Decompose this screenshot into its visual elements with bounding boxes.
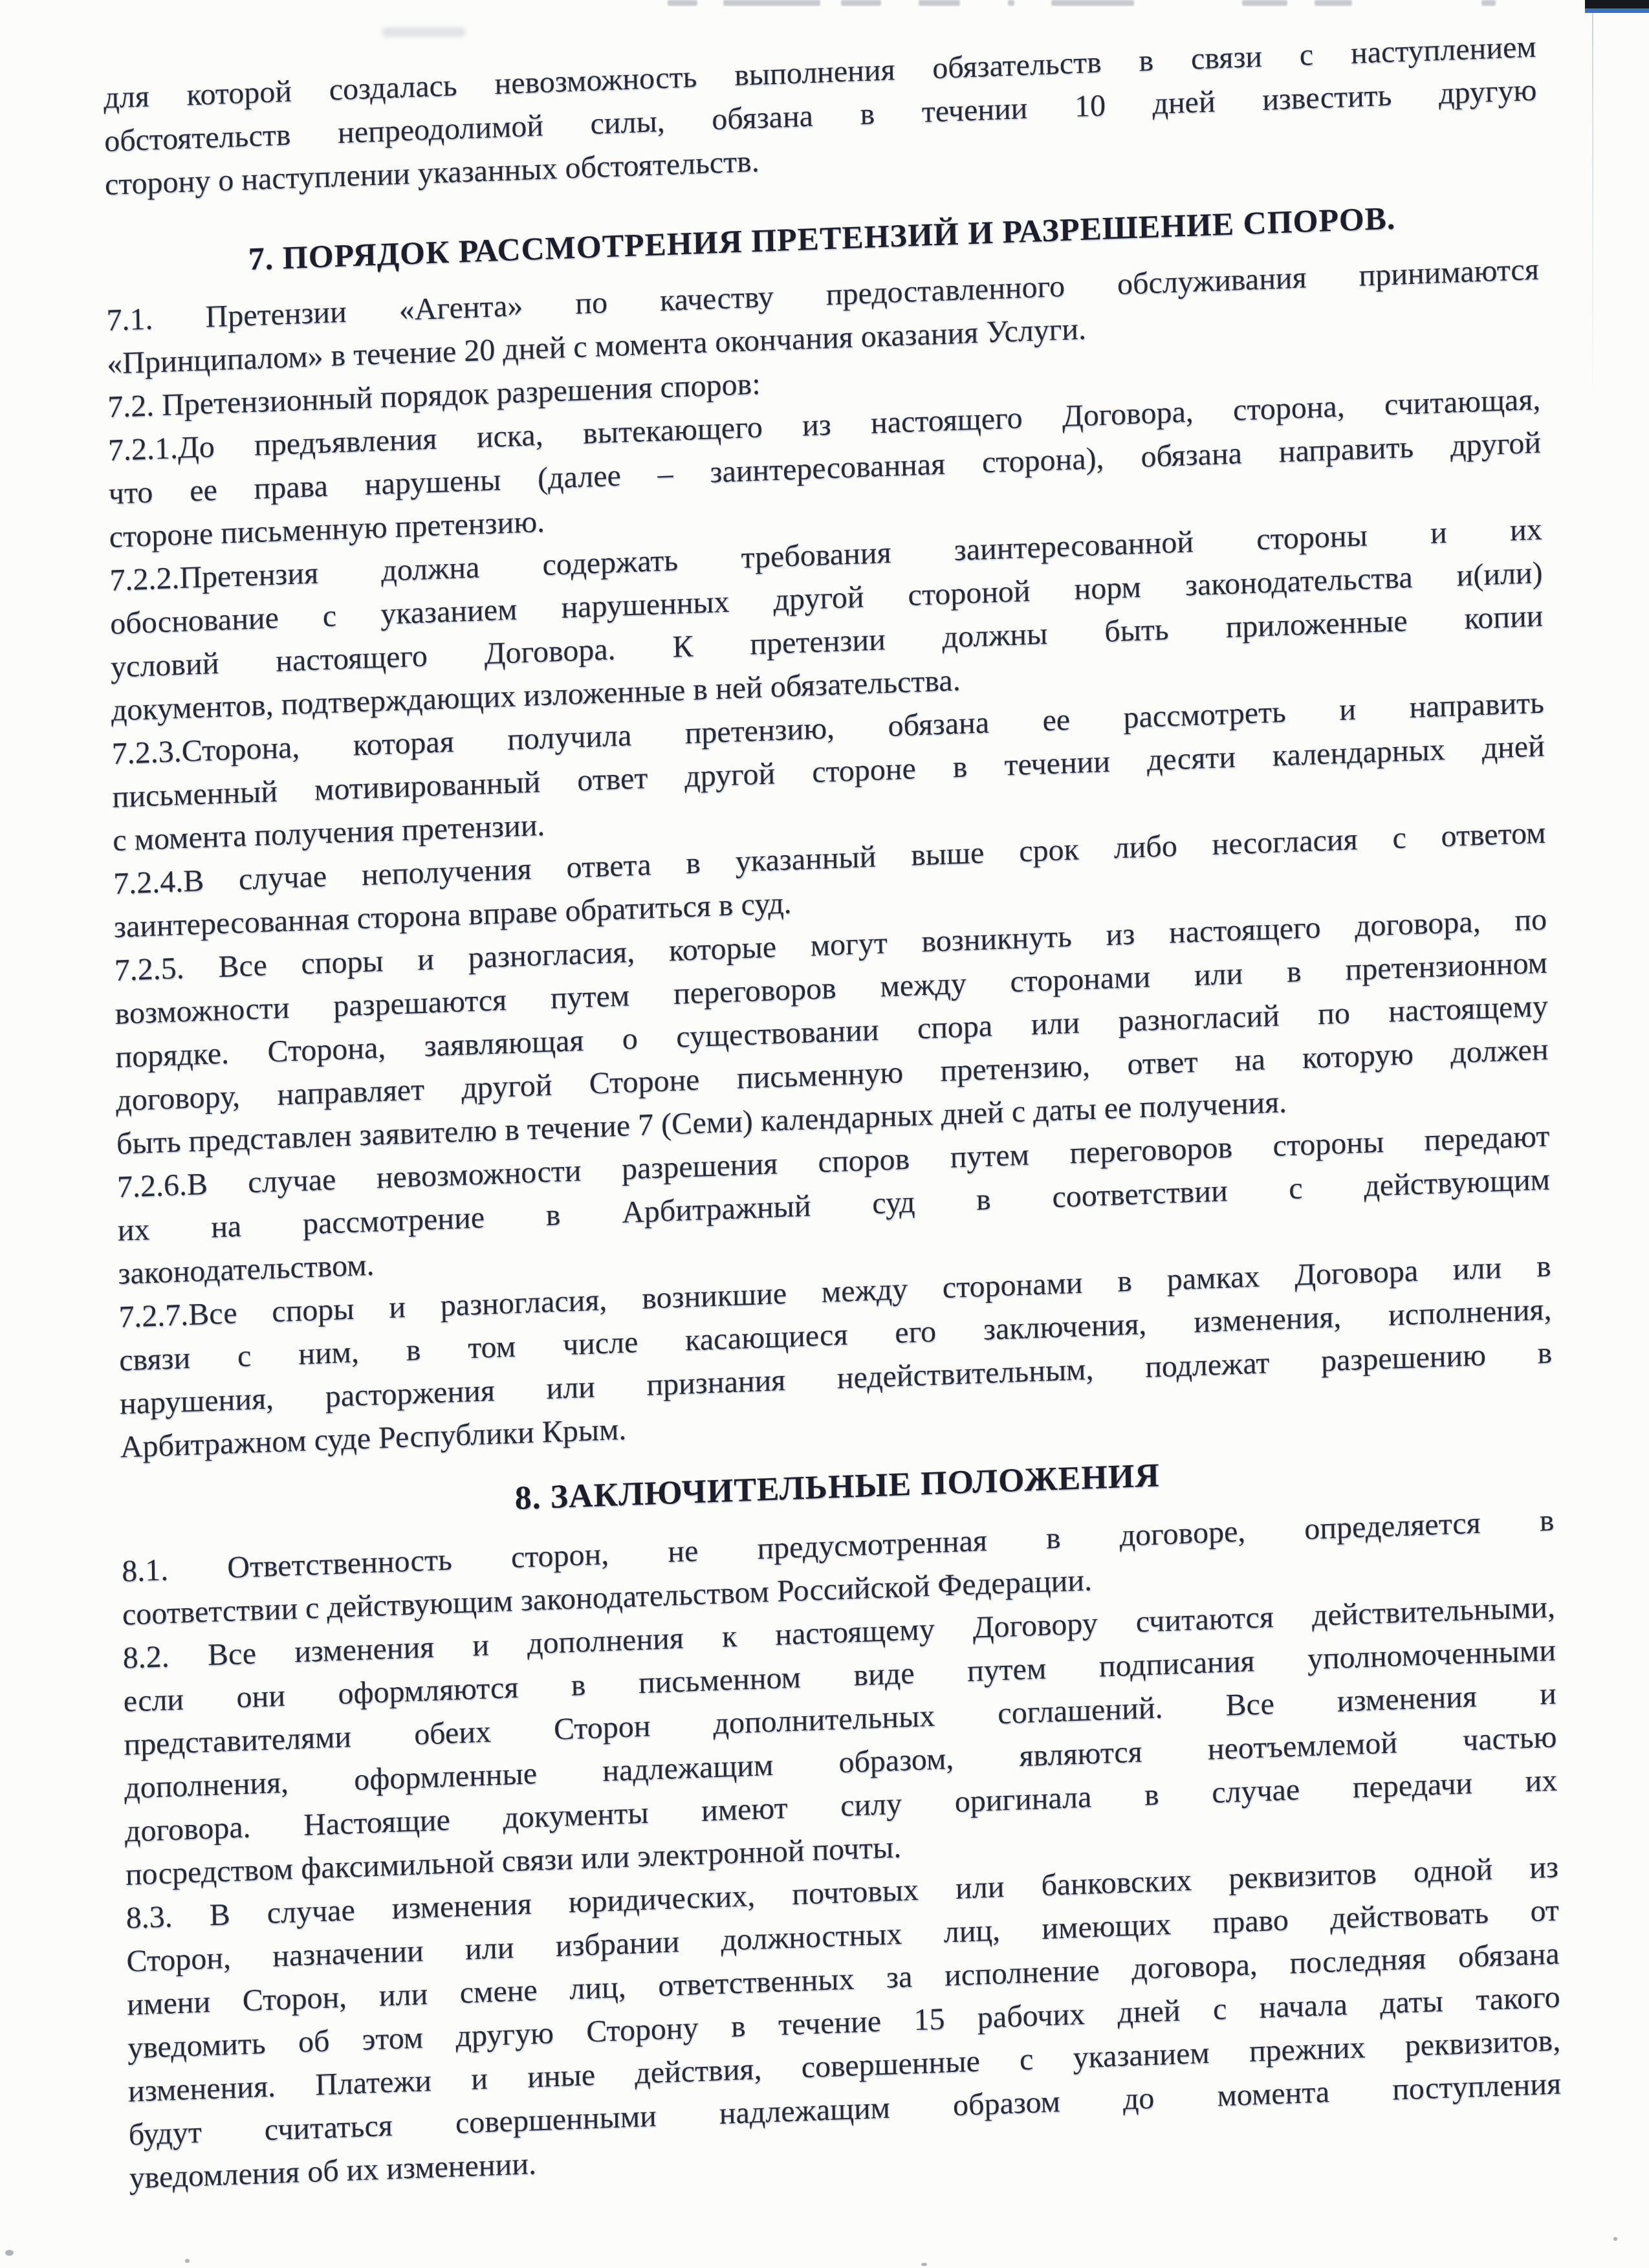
scan-artifact-cutoff-text xyxy=(1481,0,1496,6)
scan-artifact-speck xyxy=(185,2259,190,2263)
scan-artifact-top-right-blue-line xyxy=(1585,8,1649,13)
scan-artifact-cutoff-text xyxy=(668,0,697,6)
scanned-contract-page: для которой создалась невозможность выпо… xyxy=(0,0,1649,2268)
paragraph-force-majeure-notice: для которой создалась невозможность выпо… xyxy=(104,25,1538,206)
scan-artifact-right-edge-line xyxy=(1592,13,1593,414)
scan-artifact-cutoff-text xyxy=(1242,0,1287,6)
scan-artifact-speck xyxy=(1613,2237,1617,2241)
scan-artifact-cutoff-text xyxy=(841,0,881,6)
paragraph-clause-8-2: 8.2. Все изменения и дополнения к настоя… xyxy=(122,1586,1558,1897)
scan-artifact-smudge xyxy=(382,27,466,38)
paragraph-clause-8-3: 8.3. В случае изменения юридических, поч… xyxy=(126,1846,1562,2200)
scan-artifact-cutoff-text xyxy=(919,0,960,6)
document-body: для которой создалась невозможность выпо… xyxy=(104,25,1562,2200)
scan-artifact-speck xyxy=(5,2250,14,2256)
scan-artifact-cutoff-text xyxy=(723,0,820,6)
scan-artifact-cutoff-text xyxy=(1051,0,1134,6)
scan-artifact-speck xyxy=(921,2263,927,2266)
scan-artifact-cutoff-text xyxy=(1315,0,1352,6)
scan-artifact-top-right-black-bar xyxy=(1585,0,1649,8)
scan-artifact-cutoff-text xyxy=(1008,0,1014,6)
